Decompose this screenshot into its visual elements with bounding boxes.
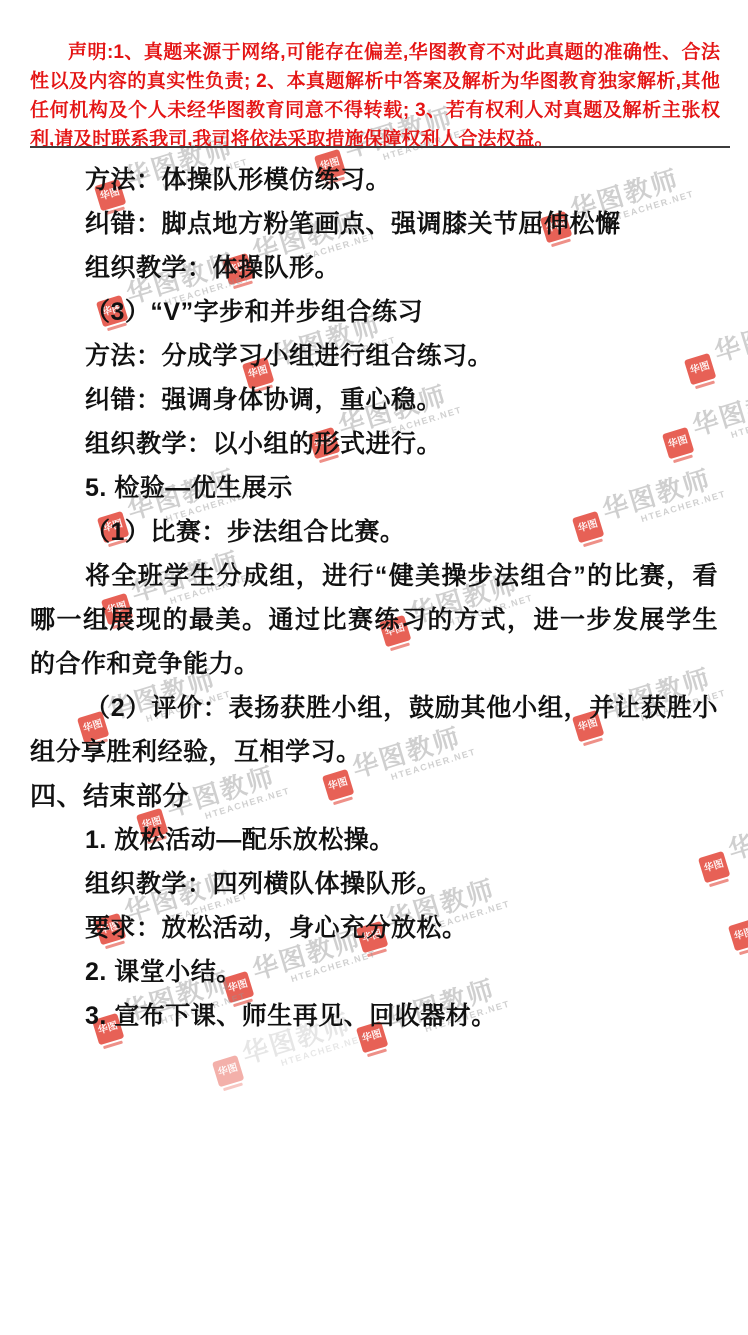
paragraph: 方法：体操队形模仿练习。 — [30, 158, 718, 202]
disclaimer-text: 声明:1、真题来源于网络,可能存在偏差,华图教育不对此真题的准确性、合法性以及内… — [30, 38, 720, 154]
disclaimer-label: 声明: — [68, 42, 113, 63]
huatu-logo-caption — [367, 1049, 387, 1058]
section-heading: 四、结束部分 — [30, 774, 718, 818]
huatu-logo-glyph: 华图 — [728, 919, 748, 951]
huatu-logo-glyph: 华图 — [212, 1055, 244, 1087]
huatu-logo-caption — [223, 1083, 243, 1092]
paragraph: 1. 放松活动—配乐放松操。 — [30, 818, 718, 862]
horizontal-divider — [30, 146, 730, 148]
paragraph: 要求：放松活动，身心充分放松。 — [30, 906, 718, 950]
huatu-logo-caption — [739, 947, 748, 956]
paragraph: 组织教学：体操队形。 — [30, 246, 718, 290]
paragraph: 纠错：脚点地方粉笔画点、强调膝关节屈伸松懈 — [30, 202, 718, 246]
watermark-site-text: HTEACHER.NET — [730, 405, 748, 440]
huatu-logo-icon: 华图 — [728, 919, 748, 956]
paragraph: 将全班学生分成组，进行“健美操步法组合”的比赛，看哪一组展现的最美。通过比赛练习… — [30, 554, 718, 686]
watermark-brand-text: 华图教师 — [723, 796, 748, 867]
paragraph: （2）评价：表扬获胜小组，鼓励其他小组，并让获胜小组分享胜利经验，互相学习。 — [30, 686, 718, 774]
paragraph: 组织教学：以小组的形式进行。 — [30, 422, 718, 466]
paragraph: （3）“V”字步和并步组合练习 — [30, 290, 718, 334]
huatu-logo-icon: 华图 — [212, 1055, 246, 1092]
paragraph: （1）比赛：步法组合比赛。 — [30, 510, 718, 554]
paragraph: 纠错：强调身体协调，重心稳。 — [30, 378, 718, 422]
paragraph: 3. 宣布下课、师生再见、回收器材。 — [30, 994, 718, 1038]
paragraph: 组织教学：四列横队体操队形。 — [30, 862, 718, 906]
paragraph: 2. 课堂小结。 — [30, 950, 718, 994]
huatu-logo-caption — [103, 1041, 123, 1050]
document-body: 方法：体操队形模仿练习。纠错：脚点地方粉笔画点、强调膝关节屈伸松懈组织教学：体操… — [30, 158, 718, 1038]
paragraph: 方法：分成学习小组进行组合练习。 — [30, 334, 718, 378]
paragraph: 5. 检验—优生展示 — [30, 466, 718, 510]
document-page: 华图华图教师HTEACHER.NET华图华图教师HTEACHER.NET华图华图… — [0, 0, 748, 1335]
huatu-watermark: 华图华图教师HTEACHER.NET — [723, 864, 748, 956]
